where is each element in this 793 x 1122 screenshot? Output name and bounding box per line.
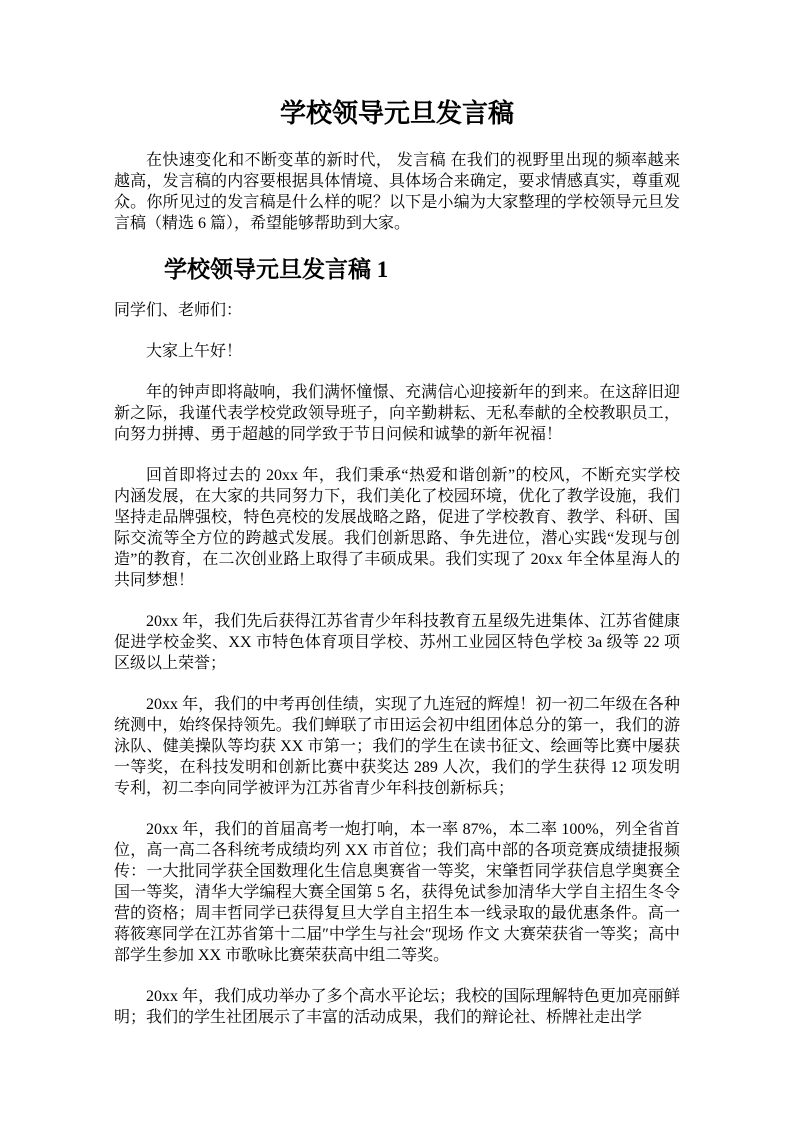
body-paragraph: 20xx 年，我们先后获得江苏省青少年科技教育五星级先进集体、江苏省健康促进学校… <box>114 611 680 674</box>
body-paragraph: 20xx 年，我们的中考再创佳绩，实现了九连冠的辉煌！初一初二年级在各种统测中，… <box>114 694 680 799</box>
body-paragraph: 20xx 年，我们成功举办了多个高水平论坛；我校的国际理解特色更加亮丽鲜明；我们… <box>114 986 680 1028</box>
salutation-line: 同学们、老师们： <box>114 300 680 321</box>
document-page: 学校领导元旦发言稿 在快速变化和不断变革的新时代， 发言稿 在我们的视野里出现的… <box>0 0 793 1122</box>
body-paragraph: 20xx 年，我们的首届高考一炮打响，本一率 87%，本二率 100%，列全省首… <box>114 819 680 966</box>
body-paragraph: 回首即将过去的 20xx 年，我们秉承“热爱和谐创新”的校风，不断充实学校内涵发… <box>114 465 680 591</box>
greeting-line: 大家上午好！ <box>114 341 680 362</box>
document-title: 学校领导元旦发言稿 <box>114 97 680 130</box>
body-paragraph: 年的钟声即将敲响，我们满怀憧憬、充满信心迎接新年的到来。在这辞旧迎新之际，我谨代… <box>114 382 680 445</box>
section-heading-1: 学校领导元旦发言稿 1 <box>114 254 680 285</box>
intro-paragraph: 在快速变化和不断变革的新时代， 发言稿 在我们的视野里出现的频率越来越高，发言稿… <box>114 150 680 234</box>
